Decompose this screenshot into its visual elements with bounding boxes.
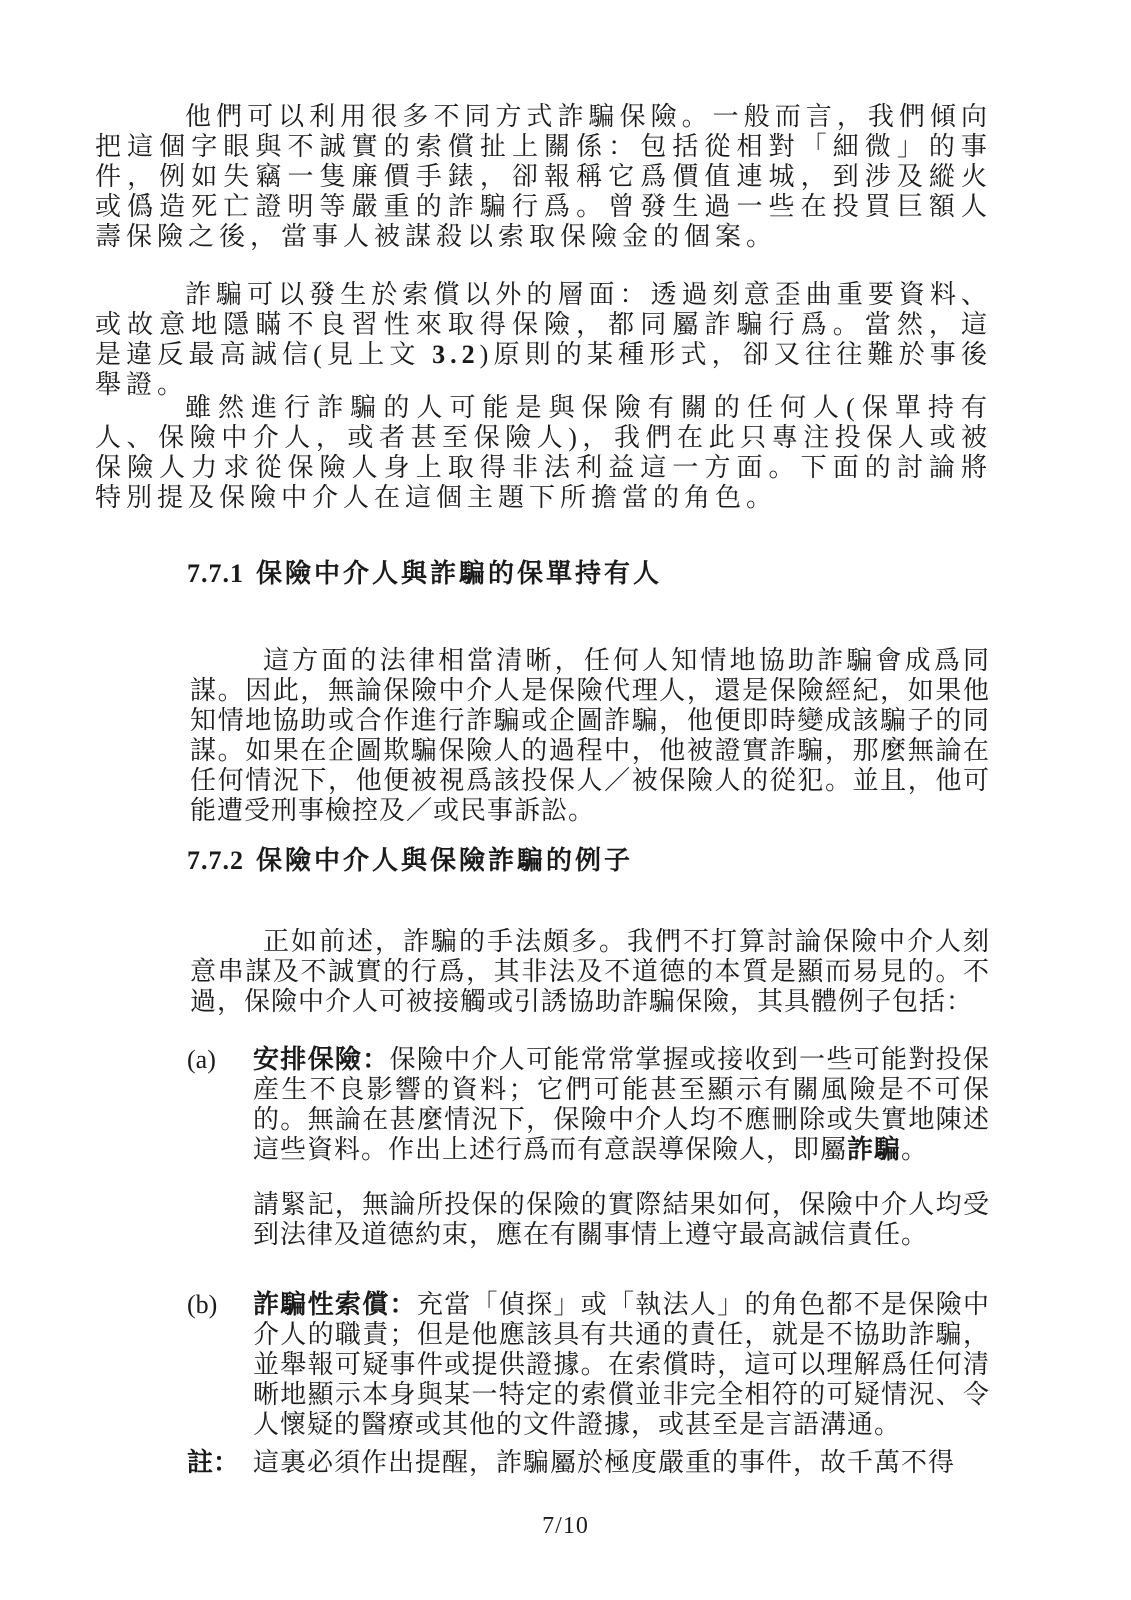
- footnote-label: 註：: [187, 1448, 253, 1478]
- paragraph-fraud-beyond-claims: 詐騙可以發生於索償以外的層面：透過刻意歪曲重要資料、或故意地隱瞞不良習性來取得保…: [95, 280, 992, 400]
- list-item-b: (b) 詐騙性索償：充當「偵探」或「執法人」的角色都不是保險中介人的職責；但是他…: [187, 1290, 990, 1440]
- list-item-label: (a): [187, 1045, 253, 1075]
- section-number: 7.7.2: [187, 846, 244, 875]
- footnote-text: 這裏必須作出提醒，詐騙屬於極度嚴重的事件，故千萬不得: [253, 1448, 990, 1478]
- list-item-text: 安排保險：保險中介人可能常常掌握或接收到一些可能對投保産生不良影響的資料；它們可…: [253, 1045, 990, 1165]
- text-run: 他們可以利用很多不同方式詐騙保險。一般而言，我們傾向把這個字眼與不誠實的索償扯上…: [95, 102, 992, 251]
- text-run: 這方面的法律相當清晰，任何人知情地協助詐騙會成爲同謀。因此，無論保險中介人是保險…: [190, 646, 990, 825]
- list-item-text: 詐騙性索償：充當「偵探」或「執法人」的角色都不是保險中介人的職責；但是他應該具有…: [253, 1290, 990, 1440]
- text-run: 3.2: [432, 340, 480, 369]
- page-number: 7/10: [0, 1511, 1131, 1541]
- text-run: 這裏必須作出提醒，詐騙屬於極度嚴重的事件，故千萬不得: [253, 1448, 955, 1477]
- section-heading-7-7-2: 7.7.2保險中介人與保險詐騙的例子: [187, 846, 633, 876]
- paragraph-reminder-utmost-good-faith: 請緊記，無論所投保的保險的實際結果如何，保險中介人均受到法律及道德約束，應在有關…: [253, 1190, 990, 1250]
- text-run: 詐騙: [847, 1135, 901, 1164]
- section-number: 7.7.1: [187, 559, 244, 588]
- text-run: 正如前述，詐騙的手法頗多。我們不打算討論保險中介人刻意串謀及不誠實的行爲，其非法…: [190, 927, 990, 1016]
- paragraph-law-accomplice: 這方面的法律相當清晰，任何人知情地協助詐騙會成爲同謀。因此，無論保險中介人是保險…: [190, 646, 990, 826]
- text-run: 雖然進行詐騙的人可能是與保險有關的任何人(保單持有人、保險中介人，或者甚至保險人…: [95, 393, 992, 512]
- text-run: 請緊記，無論所投保的保險的實際結果如何，保險中介人均受到法律及道德約束，應在有關…: [253, 1190, 990, 1249]
- section-heading-7-7-1: 7.7.1保險中介人與詐騙的保單持有人: [187, 559, 662, 589]
- text-run: 。: [901, 1135, 928, 1164]
- document-page: 他們可以利用很多不同方式詐騙保險。一般而言，我們傾向把這個字眼與不誠實的索償扯上…: [0, 0, 1131, 1600]
- text-run: 安排保險：: [253, 1045, 390, 1074]
- text-run: 詐騙性索償：: [253, 1290, 417, 1319]
- section-title: 保險中介人與詐騙的保單持有人: [256, 559, 662, 588]
- list-item-a: (a) 安排保險：保險中介人可能常常掌握或接收到一些可能對投保産生不良影響的資料…: [187, 1045, 990, 1165]
- paragraph-fraud-scope: 雖然進行詐騙的人可能是與保險有關的任何人(保單持有人、保險中介人，或者甚至保險人…: [95, 393, 992, 513]
- paragraph-intro-fraud-methods: 他們可以利用很多不同方式詐騙保險。一般而言，我們傾向把這個字眼與不誠實的索償扯上…: [95, 102, 992, 252]
- footnote-row: 註： 這裏必須作出提醒，詐騙屬於極度嚴重的事件，故千萬不得: [187, 1448, 990, 1478]
- paragraph-examples-intro: 正如前述，詐騙的手法頗多。我們不打算討論保險中介人刻意串謀及不誠實的行爲，其非法…: [190, 927, 990, 1017]
- section-title: 保險中介人與保險詐騙的例子: [256, 846, 633, 875]
- list-item-label: (b): [187, 1290, 253, 1320]
